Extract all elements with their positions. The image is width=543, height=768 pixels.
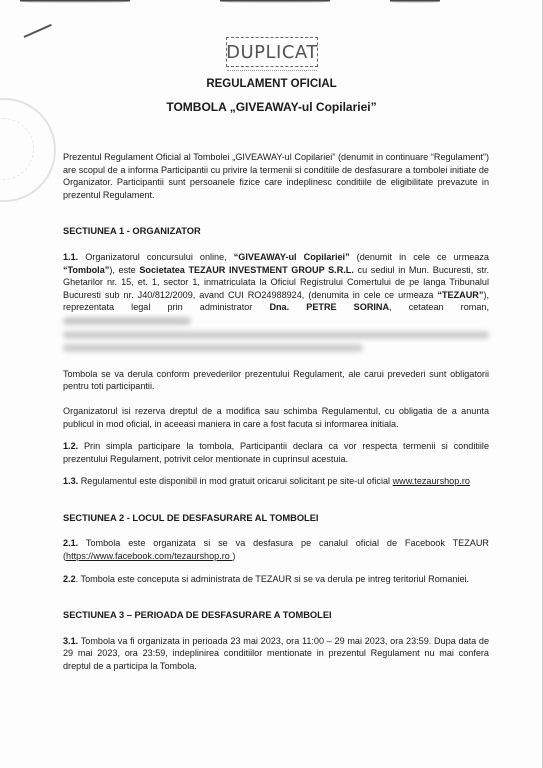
paragraph-rezerva: Organizatorul isi rezerva dreptul de a m… bbox=[63, 405, 489, 430]
scan-edge-shadow bbox=[20, 0, 130, 3]
paragraph-1-1: 1.1. Organizatorul concursului online, “… bbox=[63, 251, 489, 327]
paragraph-1-3: 1.3. Regulamentul este disponibil in mod… bbox=[63, 475, 489, 488]
scan-edge-shadow bbox=[220, 0, 330, 3]
scan-edge-shadow bbox=[390, 0, 440, 3]
document-title: REGULAMENT OFICIAL bbox=[0, 78, 543, 90]
text: ), este bbox=[109, 265, 139, 275]
text: Organizatorul concursului online, bbox=[78, 252, 234, 262]
facebook-link[interactable]: https://www.facebook.com/tezaurshop.ro bbox=[66, 551, 232, 561]
paragraph-derulare: Tombola se va derula conform prevederilo… bbox=[63, 368, 489, 393]
bold-text: Societatea TEZAUR INVESTMENT GROUP S.R.L… bbox=[139, 265, 354, 275]
pen-mark bbox=[24, 24, 52, 38]
clause-number: 2.2 bbox=[63, 574, 76, 584]
clause-number: 1.2. bbox=[63, 441, 78, 451]
text: Tombola va fi organizata in perioada 23 … bbox=[63, 636, 489, 671]
clause-number: 1.1. bbox=[63, 252, 78, 262]
intro-paragraph: Prezentul Regulament Oficial al Tombolei… bbox=[63, 151, 489, 201]
paragraph-1-2: 1.2. Prin simpla participare la tombola,… bbox=[63, 440, 489, 465]
section-1-heading: SECTIUNEA 1 - ORGANIZATOR bbox=[63, 225, 489, 238]
paragraph-3-1: 3.1. Tombola va fi organizata in perioad… bbox=[63, 635, 489, 673]
text: ) bbox=[232, 551, 235, 561]
duplicat-stamp: DUPLICAT bbox=[226, 37, 318, 67]
website-link[interactable]: www.tezaurshop.ro bbox=[393, 476, 470, 486]
text: . Tombola este conceputa si administrata… bbox=[76, 574, 469, 584]
clause-number: 1.3. bbox=[63, 476, 78, 486]
section-2-heading: SECTIUNEA 2 - LOCUL DE DESFASURARE AL TO… bbox=[63, 512, 489, 525]
redacted-text bbox=[63, 331, 489, 339]
paragraph-2-1: 2.1. Tombola este organizata si se va de… bbox=[63, 537, 489, 562]
section-3-heading: SECTIUNEA 3 – PERIOADA DE DESFASURARE A … bbox=[63, 609, 489, 622]
text: Prin simpla participare la tombola, Part… bbox=[63, 441, 489, 464]
document-subtitle: TOMBOLA „GIVEAWAY-ul Copilariei” bbox=[0, 100, 543, 114]
redacted-text bbox=[63, 344, 363, 352]
bold-text: “TEZAUR” bbox=[437, 290, 483, 300]
document-body: Prezentul Regulament Oficial al Tombolei… bbox=[63, 151, 489, 683]
text: (denumit in cele ce urmeaza bbox=[350, 252, 489, 262]
bold-text: “GIVEAWAY-ul Copilariei” bbox=[234, 252, 350, 262]
clause-number: 2.1. bbox=[63, 538, 78, 548]
text: , cetatean roman, bbox=[389, 302, 489, 312]
bold-text: Dna. PETRE SORINA bbox=[269, 302, 389, 312]
text: Regulamentul este disponibil in mod grat… bbox=[78, 476, 392, 486]
clause-number: 3.1. bbox=[63, 636, 78, 646]
redacted-text bbox=[63, 317, 191, 325]
bold-text: “Tombola” bbox=[63, 265, 109, 275]
paragraph-2-2: 2.2. Tombola este conceputa si administr… bbox=[63, 573, 489, 586]
